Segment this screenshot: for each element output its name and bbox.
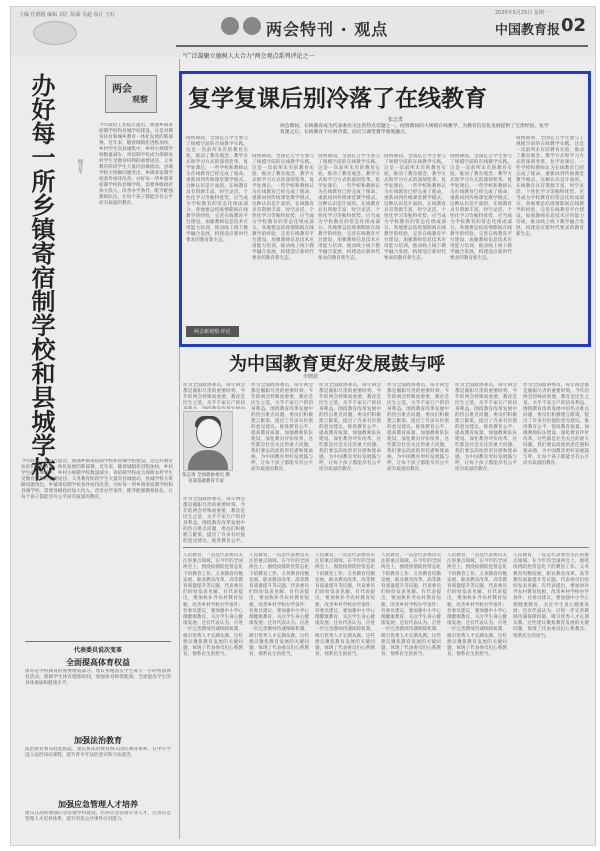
left-column-article: 办好每一所乡镇寄宿制学校和县城学校 两会 观察 储召生 今年政府工作报告提出，加… <box>15 59 177 839</box>
second-article-author: 李晓波 <box>303 373 318 380</box>
masthead: 主编 任德根 编辑 刘江 版面 吴超 设计 王红 两会特刊 · 观点 2020年… <box>11 7 595 57</box>
national-emblem-icon <box>221 17 239 35</box>
article-body-col: 作为全国政协委员，每年两会都是履职尽责的重要时刻。今年的两会特殊而重要，教育是民… <box>387 383 449 543</box>
left-author: 储召生 <box>77 159 84 174</box>
section-title: 两会特刊 · 观点 <box>266 17 388 40</box>
article-body-col: 作为全国政协委员，每年两会都是履职尽责的重要时刻。今年的两会特殊而重要，教育是民… <box>183 383 245 409</box>
left-body-lower: 今年政府工作报告提出，加强乡镇寄宿制学校和县城学校建设。这是对教育扶贫和城乡教育… <box>21 459 173 639</box>
feature-body-col: 疫情期间，全国亿万学生参与了规模空前的在线教学实践。这是一次前所未有的教育实验，… <box>450 154 512 324</box>
page-number: 02 <box>561 15 586 36</box>
featured-article[interactable]: 复学复课后别冷落了在线教育 张志勇 两会期间，在线教育成为代表委员关注的热点话题… <box>179 71 591 347</box>
left-headline[interactable]: 办好每一所乡镇寄宿制学校和县城学校 <box>29 73 55 481</box>
divider <box>25 641 171 642</box>
decorative-emblem-icon <box>33 21 77 45</box>
article-body-col: 作为全国政协委员，每年两会都是履职尽责的重要时刻。今年的两会特殊而重要，教育是民… <box>251 383 313 543</box>
person-icon <box>196 418 222 448</box>
column-badge: 两会 观察 <box>105 75 157 113</box>
article-body-col: 作为全国政协委员，每年两会都是履职尽责的重要时刻。今年的两会特殊而重要，教育是民… <box>523 383 589 543</box>
feature-author: 张志勇 <box>388 116 403 123</box>
article-body-col: 作为全国政协委员，每年两会都是履职尽责的重要时刻。今年的两会特殊而重要，教育是民… <box>319 383 381 543</box>
section-divider <box>183 547 589 548</box>
feature-body-col: 疫情期间，全国亿万学生参与了规模空前的在线教学实践。这是一次前所未有的教育实验，… <box>186 136 248 324</box>
left-body-col1: 今年政府工作报告提出，加强乡镇寄宿制学校和县城学校建设。这是对教育扶贫和城乡教育… <box>99 123 173 463</box>
item-heading[interactable]: 全面提高体育权益 <box>25 657 171 668</box>
newspaper-page: 主编 任德根 编辑 刘江 版面 吴超 设计 王红 两会特刊 · 观点 2020年… <box>10 6 596 846</box>
masthead-rule <box>176 45 588 47</box>
badge-top: 两会 <box>112 80 132 95</box>
feature-title[interactable]: 复学复课后别冷落了在线教育 <box>188 80 487 113</box>
feature-body-col: 疫情期间，全国亿万学生参与了规模空前的在线教学实践。这是一次前所未有的教育实验，… <box>318 154 380 324</box>
masthead-editor-info: 主编 任德根 编辑 刘江 版面 吴超 设计 王红 <box>19 11 115 18</box>
feature-body-col: 疫情期间，全国亿万学生参与了规模空前的在线教学实践。这是一次前所未有的教育实验，… <box>384 154 446 324</box>
second-article-title[interactable]: 为中国教育更好发展鼓与呼 <box>229 350 445 376</box>
bottom-body-col: 人民教育，一直是代表委员关注的重点领域。在今年的全国两会上，围绕疫情防控常态化下… <box>183 553 243 837</box>
portrait-photo <box>183 411 233 471</box>
item-heading[interactable]: 加强应急管理人才培养 <box>25 799 171 810</box>
feature-abstract: 两会期间，在线教育成为代表委员关注的热点话题之一。疫情期间的大规模在线教学，为教… <box>280 124 550 136</box>
newspaper-brand: 中国教育报 <box>495 19 560 38</box>
bottom-body-col: 人民教育，一直是代表委员关注的重点领域。在今年的全国两会上，围绕疫情防控常态化下… <box>249 553 309 837</box>
item-body: 体育是学校教育的重要组成部分。建议各地落实学生每天一小时校园体育活动，保障学生体… <box>25 669 171 729</box>
feature-body-col: 疫情期间，全国亿万学生参与了规模空前的在线教学实践。这是一次前所未有的教育实验，… <box>516 136 584 324</box>
article-body-col: 作为全国政协委员，每年两会都是履职尽责的重要时刻。今年的两会特殊而重要，教育是民… <box>455 383 517 543</box>
item-heading[interactable]: 加强法治教育 <box>25 735 171 746</box>
bottom-body-col: 人民教育，一直是代表委员关注的重点领域。在今年的全国两会上，围绕疫情防控常态化下… <box>381 553 441 837</box>
cppcc-emblem-icon <box>243 17 261 35</box>
item-body: 法治教育要从娃娃抓起。建议将法治教育纳入国民教育体系，在中小学设立法治知识课程，… <box>25 747 171 795</box>
item-body: 建议在高校加强应急管理学科建设，培养应急管理专业人才，完善应急管理人才培养体系，… <box>25 811 171 837</box>
feature-body-col: 疫情期间，全国亿万学生参与了规模空前的在线教学实践。这是一次前所未有的教育实验，… <box>252 154 314 324</box>
badge-right: 观察 <box>132 94 148 105</box>
article-body-col: 作为全国政协委员，每年两会都是履职尽责的重要时刻。今年的两会特殊而重要，教育是民… <box>183 497 245 543</box>
issue-date: 2020年5月25日 星期一 <box>495 9 549 16</box>
bottom-body-col: 人民教育，一直是代表委员关注的重点领域。在今年的全国两会上，围绕疫情防控常态化下… <box>513 553 589 837</box>
sub-section-label: 代表委员说次变革 <box>25 645 171 654</box>
bottom-body-col: 人民教育，一直是代表委员关注的重点领域。在今年的全国两会上，围绕疫情防控常态化下… <box>447 553 507 837</box>
series-label: "广泛凝聚立德树人大合力"两会观点系列评论之一 <box>183 51 315 60</box>
column-tag: 两会新观察·评论 <box>186 326 239 337</box>
portrait-caption: 张志勇 全国政协委员 教育部基础教育专家 <box>181 473 231 485</box>
bottom-body-col: 人民教育，一直是代表委员关注的重点领域。在今年的全国两会上，围绕疫情防控常态化下… <box>315 553 375 837</box>
